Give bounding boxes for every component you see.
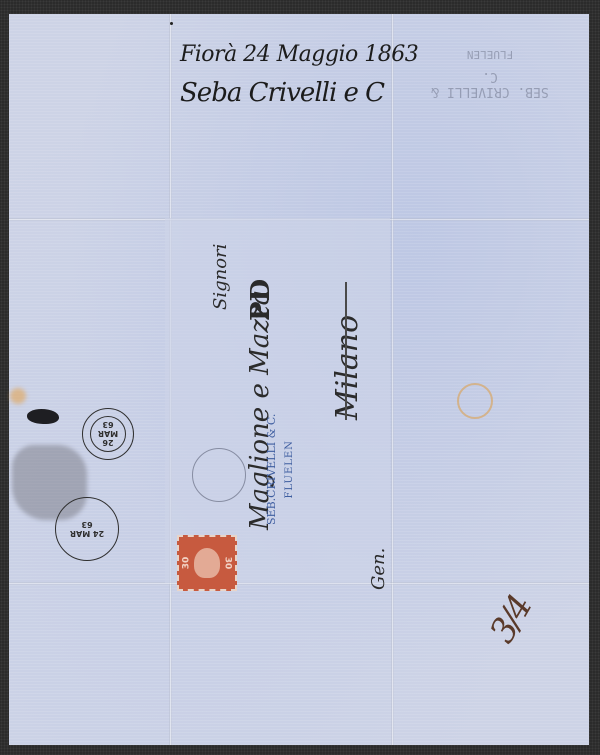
firm-stamp-line2: FLUELEN — [284, 414, 295, 525]
address-salutation: Signori — [210, 244, 231, 310]
postmark-date: 24 MAR 63 — [63, 520, 111, 538]
header-date-line: Fiorà 24 Maggio 1863 — [180, 42, 418, 67]
header-signature: Seba Crivelli e C — [180, 78, 384, 108]
city-underline — [345, 282, 347, 420]
stamp-value-right: 30 — [223, 557, 233, 570]
stamp-value-left: 30 — [181, 557, 191, 570]
faded-sender-stamp: SEB. CRIVELLI & C. FLUELEN — [420, 48, 560, 99]
postmark-como: 24 MAR 63 — [55, 497, 119, 561]
postmark-faint — [192, 448, 246, 502]
postmark-date: 26 MAR 63 — [91, 421, 125, 448]
wax-seal-trace — [10, 388, 26, 404]
postmark-milano: 26 MAR 63 — [82, 408, 134, 460]
firm-stamp-line1: SEB.CRIVELLI & C. — [265, 414, 278, 525]
address-footer: Gen. — [368, 548, 389, 590]
firm-handstamp: SEB.CRIVELLI & C. FLUELEN — [265, 414, 295, 525]
address-city: Milano — [330, 315, 365, 420]
fold-line — [391, 14, 394, 745]
postage-stamp: 30 30 — [177, 535, 237, 591]
faded-stamp-line1: SEB. CRIVELLI & C. — [420, 69, 560, 99]
ink-dot — [170, 22, 173, 25]
faded-stamp-line2: FLUELEN — [420, 48, 560, 61]
ink-blot — [27, 409, 59, 424]
helvetia-figure-icon — [194, 548, 220, 578]
wax-seal-ring — [457, 383, 493, 419]
